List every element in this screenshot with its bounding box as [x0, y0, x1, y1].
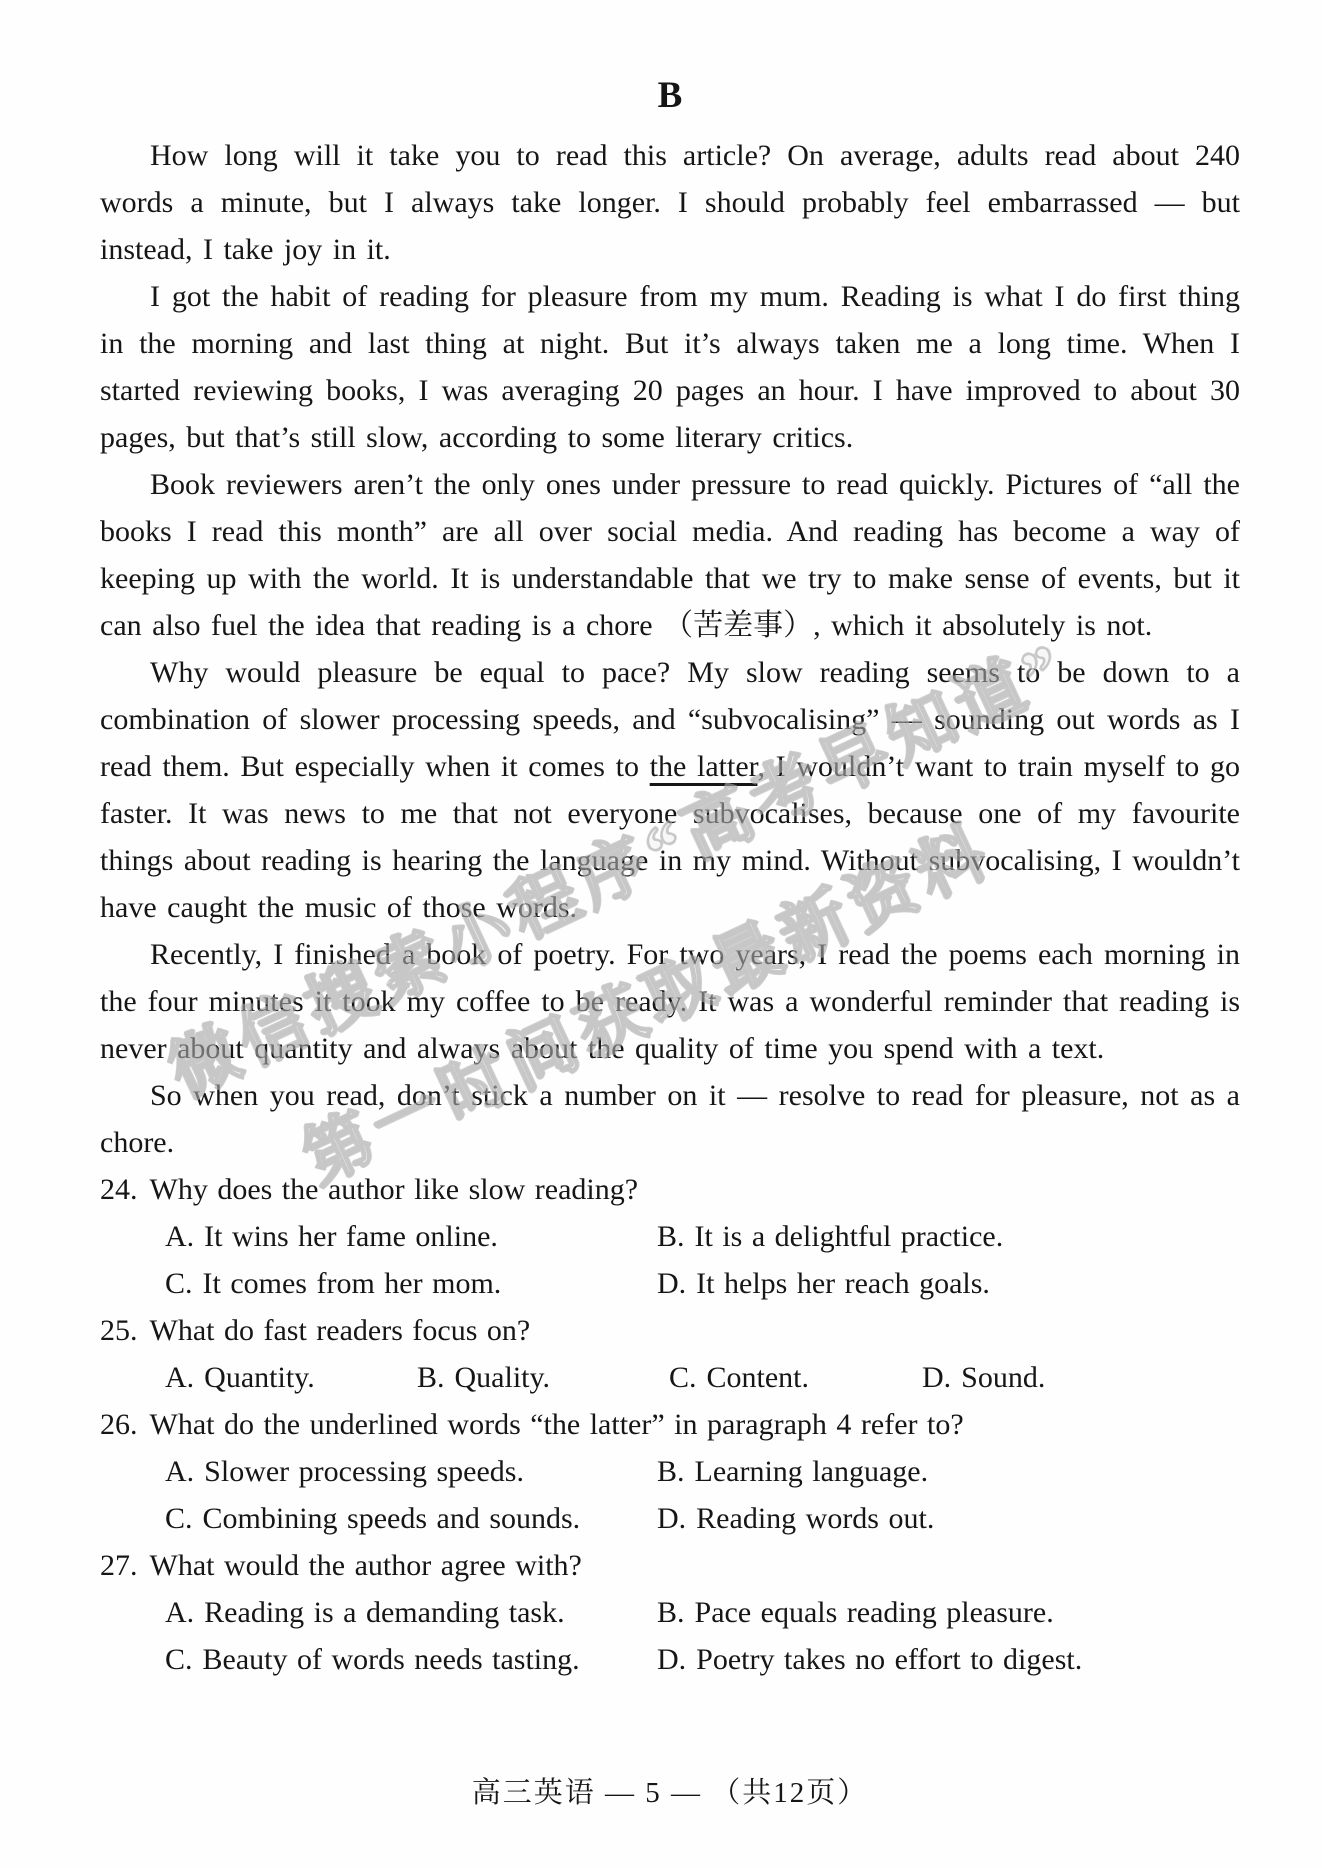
passage-paragraph-5: Recently, I finished a book of poetry. F…: [100, 931, 1240, 1072]
question-27-stem: 27.What would the author agree with?: [100, 1542, 1240, 1589]
option-text: Content.: [707, 1361, 810, 1394]
option-text: It is a delightful practice.: [695, 1220, 1004, 1253]
question-26-option-c: C.Combining speeds and sounds.: [165, 1495, 657, 1542]
option-label: C.: [165, 1267, 193, 1300]
option-text: Beauty of words needs tasting.: [203, 1643, 580, 1676]
passage-paragraph-6: So when you read, don’t stick a number o…: [100, 1072, 1240, 1166]
question-26-stem: 26.What do the underlined words “the lat…: [100, 1401, 1240, 1448]
question-25-options: A.Quantity. B.Quality. C.Content. D.Soun…: [100, 1354, 1240, 1401]
option-text: Reading words out.: [696, 1502, 934, 1535]
option-text: Poetry takes no effort to digest.: [696, 1643, 1082, 1676]
option-text: It helps her reach goals.: [696, 1267, 990, 1300]
question-24-stem: 24.Why does the author like slow reading…: [100, 1166, 1240, 1213]
option-text: Quality.: [455, 1361, 551, 1394]
question-24: 24.Why does the author like slow reading…: [100, 1166, 1240, 1307]
question-27: 27.What would the author agree with? A.R…: [100, 1542, 1240, 1683]
question-26-options: A.Slower processing speeds. B.Learning l…: [100, 1448, 1240, 1542]
exam-page: B How long will it take you to read this…: [0, 0, 1322, 1868]
question-27-option-b: B.Pace equals reading pleasure.: [657, 1589, 1240, 1636]
option-label: D.: [657, 1267, 686, 1300]
page-footer: 高三英语 — 5 — （共12页）: [100, 1770, 1240, 1811]
question-24-number: 24.: [100, 1173, 138, 1206]
option-label: D.: [922, 1361, 951, 1394]
question-25-number: 25.: [100, 1314, 138, 1347]
option-label: C.: [165, 1502, 193, 1535]
option-label: C.: [669, 1361, 697, 1394]
option-text: Quantity.: [204, 1361, 315, 1394]
question-27-options: A.Reading is a demanding task. B.Pace eq…: [100, 1589, 1240, 1683]
question-26-option-d: D.Reading words out.: [657, 1495, 1240, 1542]
option-text: Pace equals reading pleasure.: [695, 1596, 1054, 1629]
option-label: D.: [657, 1643, 686, 1676]
question-27-text: What would the author agree with?: [150, 1549, 582, 1582]
option-label: A.: [165, 1361, 194, 1394]
option-label: B.: [657, 1455, 685, 1488]
option-text: Sound.: [961, 1361, 1045, 1394]
passage-paragraph-2: I got the habit of reading for pleasure …: [100, 273, 1240, 461]
question-24-text: Why does the author like slow reading?: [150, 1173, 639, 1206]
question-24-option-d: D.It helps her reach goals.: [657, 1260, 1240, 1307]
question-26: 26.What do the underlined words “the lat…: [100, 1401, 1240, 1542]
question-26-number: 26.: [100, 1408, 138, 1441]
question-25-option-c: C.Content.: [669, 1354, 922, 1401]
option-label: A.: [165, 1596, 194, 1629]
question-24-options: A.It wins her fame online. B.It is a del…: [100, 1213, 1240, 1307]
option-text: It comes from her mom.: [203, 1267, 502, 1300]
option-label: D.: [657, 1502, 686, 1535]
page-content: B How long will it take you to read this…: [100, 74, 1240, 1683]
option-text: Reading is a demanding task.: [204, 1596, 564, 1629]
option-text: Combining speeds and sounds.: [203, 1502, 581, 1535]
passage-paragraph-1: How long will it take you to read this a…: [100, 132, 1240, 273]
question-25-option-b: B.Quality.: [417, 1354, 669, 1401]
question-24-option-c: C.It comes from her mom.: [165, 1260, 657, 1307]
passage-paragraph-4: Why would pleasure be equal to pace? My …: [100, 649, 1240, 931]
questions-section: 24.Why does the author like slow reading…: [100, 1166, 1240, 1683]
question-25-option-a: A.Quantity.: [165, 1354, 417, 1401]
question-27-number: 27.: [100, 1549, 138, 1582]
question-26-option-a: A.Slower processing speeds.: [165, 1448, 657, 1495]
question-26-text: What do the underlined words “the latter…: [150, 1408, 964, 1441]
passage-paragraph-3: Book reviewers aren’t the only ones unde…: [100, 461, 1240, 649]
option-text: Slower processing speeds.: [204, 1455, 524, 1488]
section-label: B: [100, 74, 1240, 118]
option-label: B.: [417, 1361, 445, 1394]
question-27-option-c: C.Beauty of words needs tasting.: [165, 1636, 657, 1683]
question-27-option-d: D.Poetry takes no effort to digest.: [657, 1636, 1240, 1683]
option-label: B.: [657, 1596, 685, 1629]
question-25-option-d: D.Sound.: [922, 1354, 1240, 1401]
option-text: It wins her fame online.: [204, 1220, 498, 1253]
reading-passage: How long will it take you to read this a…: [100, 132, 1240, 1166]
option-label: A.: [165, 1220, 194, 1253]
underlined-phrase: the latter: [650, 750, 758, 783]
question-24-option-b: B.It is a delightful practice.: [657, 1213, 1240, 1260]
question-25-stem: 25.What do fast readers focus on?: [100, 1307, 1240, 1354]
option-label: A.: [165, 1455, 194, 1488]
option-text: Learning language.: [695, 1455, 929, 1488]
question-27-option-a: A.Reading is a demanding task.: [165, 1589, 657, 1636]
question-26-option-b: B.Learning language.: [657, 1448, 1240, 1495]
option-label: C.: [165, 1643, 193, 1676]
question-24-option-a: A.It wins her fame online.: [165, 1213, 657, 1260]
question-25-text: What do fast readers focus on?: [150, 1314, 531, 1347]
option-label: B.: [657, 1220, 685, 1253]
question-25: 25.What do fast readers focus on? A.Quan…: [100, 1307, 1240, 1401]
